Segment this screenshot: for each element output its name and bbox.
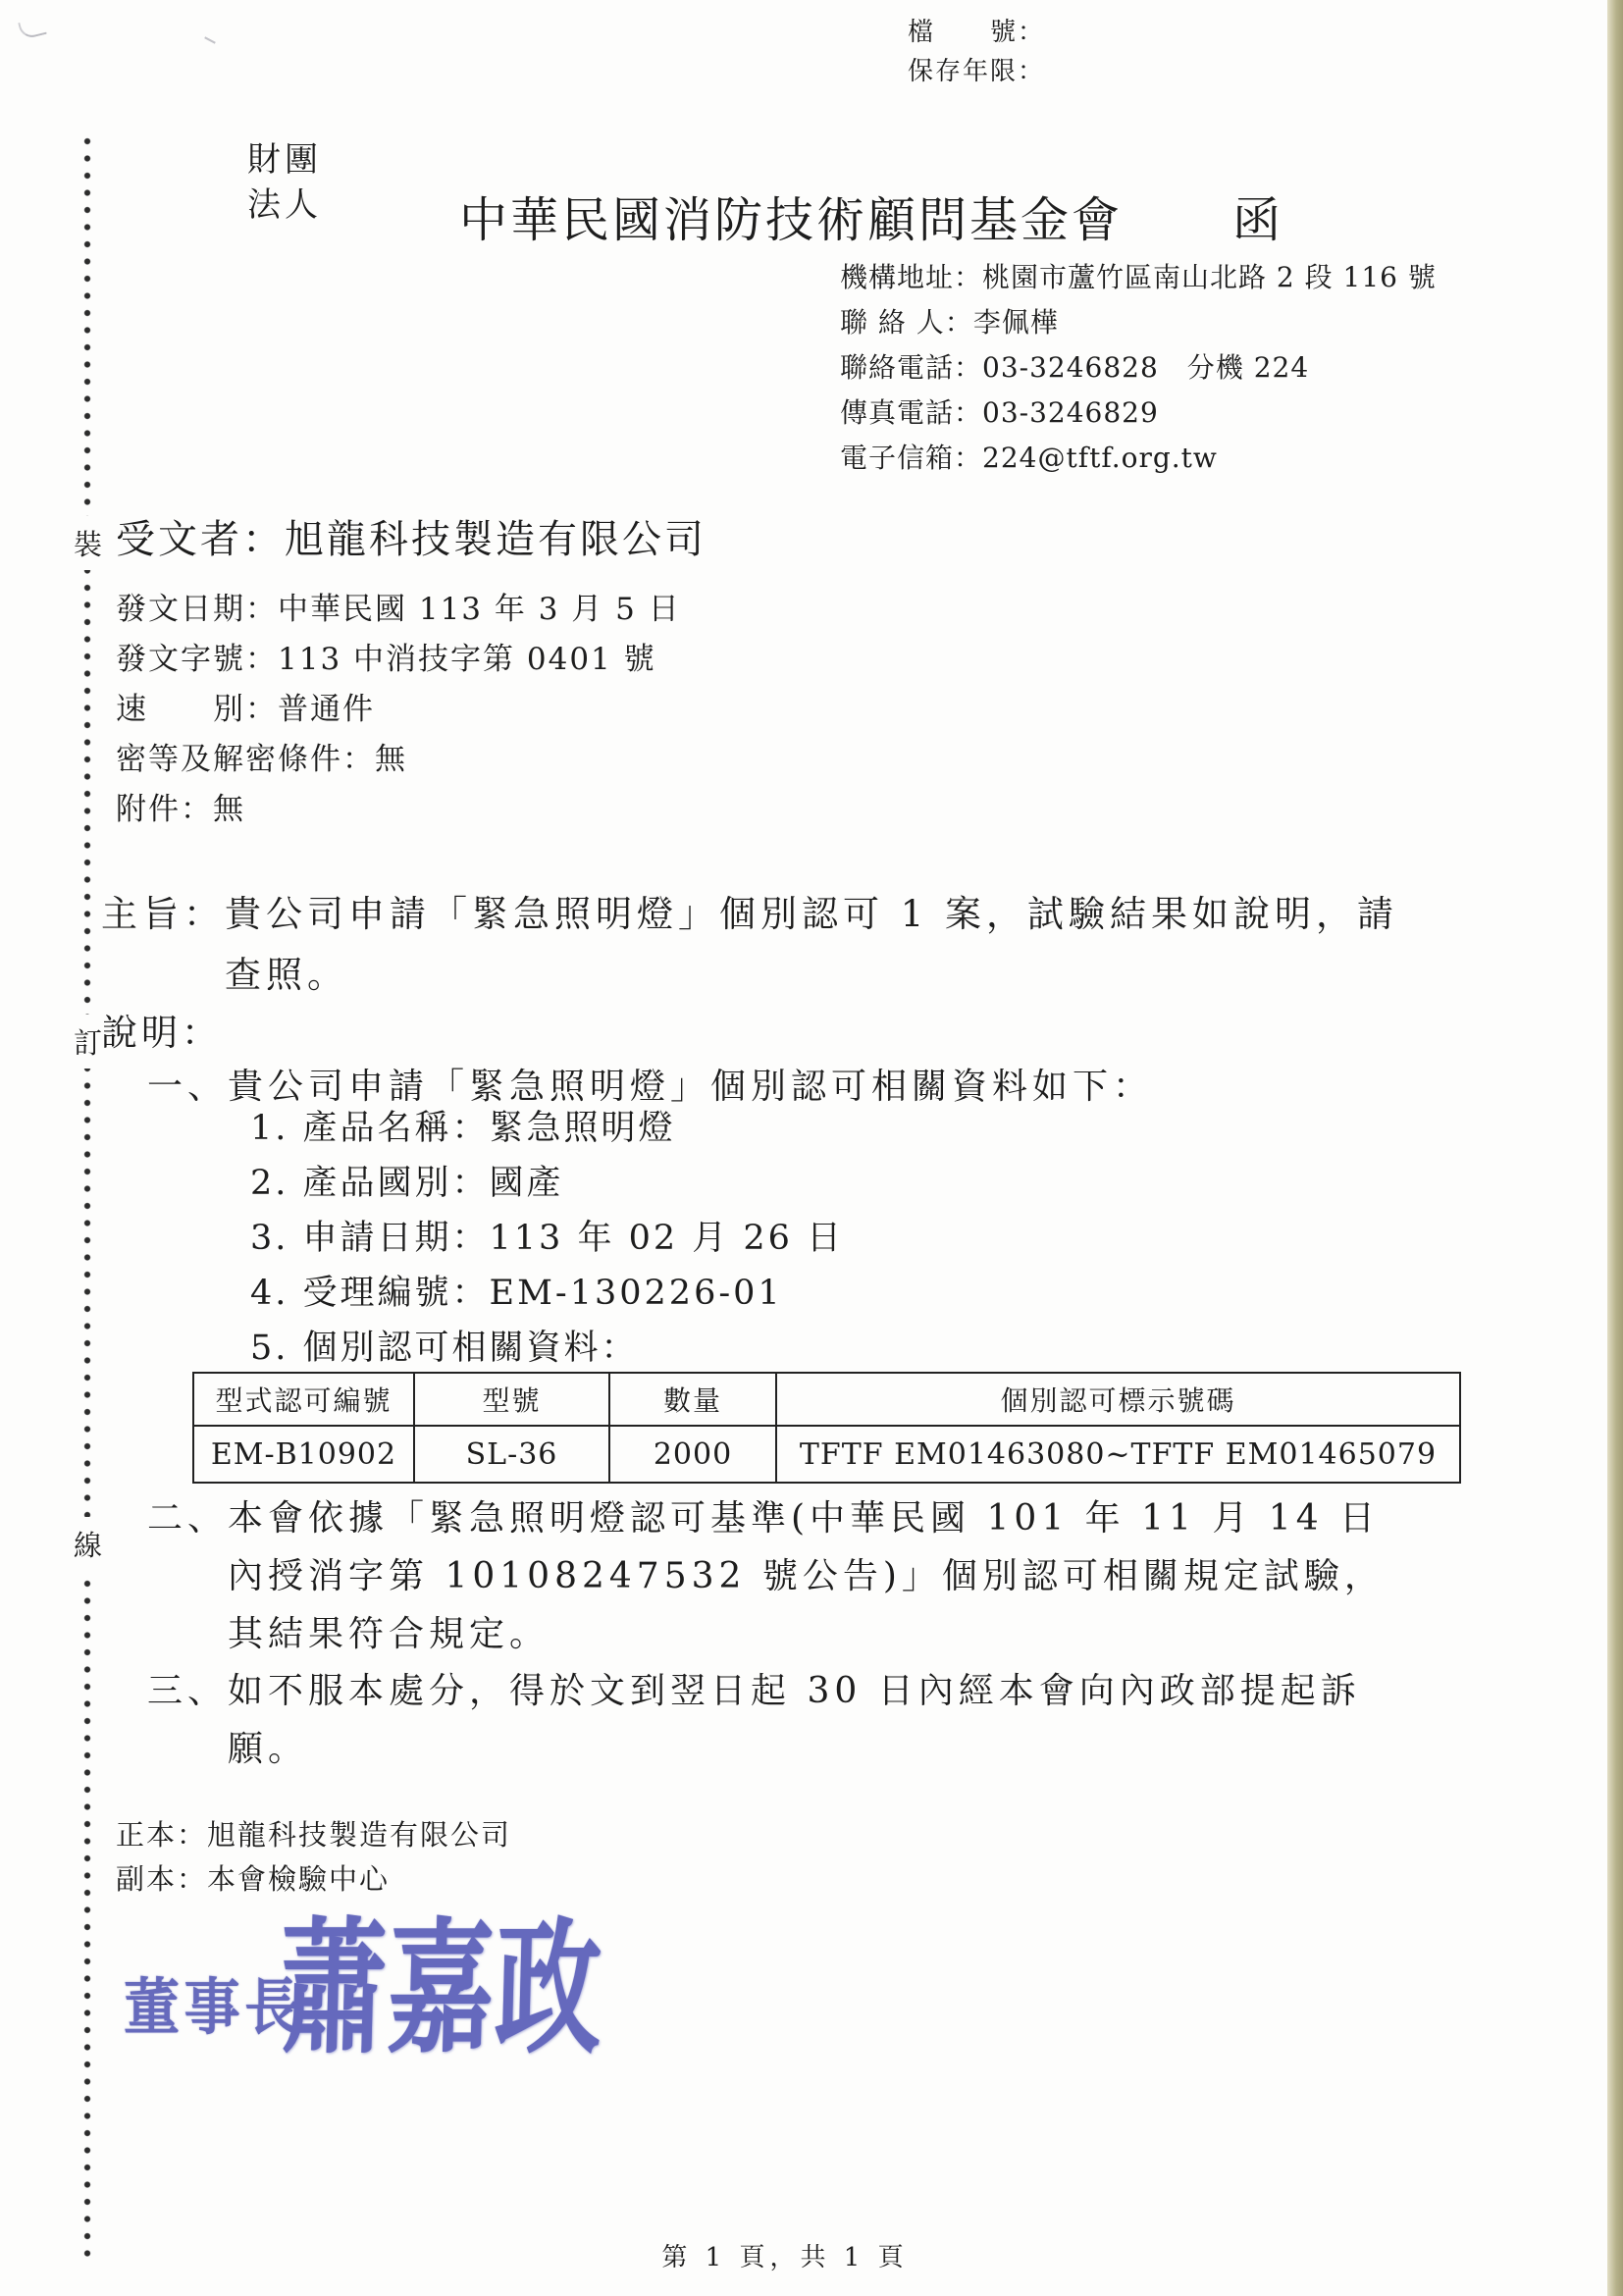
issue-number-label: 發文字號： xyxy=(116,642,278,677)
contact-address-row: 機構地址：桃園市蘆竹區南山北路 2 段 116 號 xyxy=(840,255,1437,300)
speed-class-label: 速 別： xyxy=(116,692,278,727)
recipient-label: 受文者： xyxy=(116,517,285,562)
contact-email-row: 電子信箱：224@tftf.org.tw xyxy=(840,436,1437,481)
col-type-approval-no: 型式認可編號 xyxy=(193,1373,414,1426)
table-header-row: 型式認可編號 型號 數量 個別認可標示號碼 xyxy=(193,1373,1460,1426)
issue-number-value: 113 中消技字第 0401 號 xyxy=(278,642,656,677)
issuance-meta-block: 發文日期：中華民國 113 年 3 月 5 日 發文字號：113 中消技字第 0… xyxy=(116,585,681,835)
recipient-line: 受文者：旭龍科技製造有限公司 xyxy=(116,508,707,564)
contact-fax-label: 傳真電話： xyxy=(840,391,982,436)
chairman-name-stamp: 蕭嘉政 xyxy=(278,1902,604,2076)
original-copy-row: 正本：旭龍科技製造有限公司 xyxy=(116,1813,511,1857)
cell-type-approval-no: EM-B10902 xyxy=(193,1426,414,1483)
contact-person-label: 聯 絡 人： xyxy=(840,300,973,345)
speed-class-value: 普通件 xyxy=(278,692,375,727)
issue-date-label: 發文日期： xyxy=(116,592,278,627)
org-type-line1: 財團 xyxy=(247,137,322,183)
subject-section: 主旨： 貴公司申請「緊急照明燈」個別認可 1 案，試驗結果如說明，請查照。 xyxy=(101,884,1402,1006)
cell-label-number: TFTF EM01463080~TFTF EM01465079 xyxy=(776,1426,1460,1483)
detail-application-date: 3. 申請日期：113 年 02 月 26 日 xyxy=(250,1211,844,1266)
explanation-item-3: 三、 如不服本處分，得於文到翌日起 30 日內經本會向內政部提起訴願。 xyxy=(147,1662,1405,1778)
attachment-row: 附件：無 xyxy=(116,785,681,835)
page-number-footer: 第 1 頁，共 1 頁 xyxy=(0,2237,1570,2273)
attachment-label: 附件： xyxy=(116,792,213,827)
issue-date-row: 發文日期：中華民國 113 年 3 月 5 日 xyxy=(116,585,681,635)
pencil-mark xyxy=(204,36,216,43)
contact-phone-row: 聯絡電話：03-3246828 分機 224 xyxy=(840,345,1437,391)
subject-text: 貴公司申請「緊急照明燈」個別認可 1 案，試驗結果如說明，請查照。 xyxy=(225,884,1402,1006)
explanation-item-2: 二、 本會依據「緊急照明燈認可基準(中華民國 101 年 11 月 14 日內授… xyxy=(147,1489,1405,1663)
binding-char-zhuang: 裝 xyxy=(72,516,104,570)
issue-date-value: 中華民國 113 年 3 月 5 日 xyxy=(278,592,681,627)
subject-label: 主旨： xyxy=(101,884,225,1006)
contact-info-block: 機構地址：桃園市蘆竹區南山北路 2 段 116 號 聯 絡 人：李佩樺 聯絡電話… xyxy=(840,255,1437,481)
table-row: EM-B10902 SL-36 2000 TFTF EM01463080~TFT… xyxy=(193,1426,1460,1483)
contact-email-value: 224@tftf.org.tw xyxy=(982,442,1218,474)
col-model: 型號 xyxy=(414,1373,609,1426)
pencil-mark xyxy=(18,17,47,40)
item-3-marker: 三、 xyxy=(147,1662,228,1778)
item-2-marker: 二、 xyxy=(147,1489,228,1663)
col-quantity: 數量 xyxy=(609,1373,776,1426)
speed-class-row: 速 別：普通件 xyxy=(116,685,681,735)
security-class-row: 密等及解密條件：無 xyxy=(116,735,681,785)
detail-product-name: 1. 產品名稱：緊急照明燈 xyxy=(250,1101,844,1156)
issue-number-row: 發文字號：113 中消技字第 0401 號 xyxy=(116,635,681,685)
contact-phone-label: 聯絡電話： xyxy=(840,345,982,391)
contact-fax-row: 傳真電話：03-3246829 xyxy=(840,391,1437,436)
explanation-heading: 說明： xyxy=(101,1003,222,1056)
item-3-text: 如不服本處分，得於文到翌日起 30 日內經本會向內政部提起訴願。 xyxy=(228,1662,1405,1778)
recipient-value: 旭龍科技製造有限公司 xyxy=(285,517,707,562)
cc-copy-row: 副本：本會檢驗中心 xyxy=(116,1857,511,1902)
item-2-text: 本會依據「緊急照明燈認可基準(中華民國 101 年 11 月 14 日內授消字第… xyxy=(228,1489,1405,1663)
cc-copy-label: 副本： xyxy=(116,1862,207,1896)
original-copy-label: 正本： xyxy=(116,1818,207,1852)
item-1-marker: 一、 xyxy=(147,1058,228,1116)
detail-case-number: 4. 受理編號：EM-130226-01 xyxy=(250,1266,844,1321)
binding-char-xian: 線 xyxy=(72,1517,104,1571)
cell-quantity: 2000 xyxy=(609,1426,776,1483)
contact-fax-value: 03-3246829 xyxy=(982,396,1159,429)
binding-char-ding: 訂 xyxy=(72,1015,104,1069)
detail-approval-info: 5. 個別認可相關資料： xyxy=(250,1321,844,1376)
cc-copy-value: 本會檢驗中心 xyxy=(207,1862,390,1896)
retention-period-label: 保存年限： xyxy=(908,51,1045,87)
document-type-letter: 函 xyxy=(1232,183,1281,251)
chairman-title-stamp: 董事長 xyxy=(124,1958,305,2046)
contact-person-value: 李佩樺 xyxy=(973,306,1059,339)
approval-table: 型式認可編號 型號 數量 個別認可標示號碼 EM-B10902 SL-36 20… xyxy=(192,1372,1461,1484)
col-label-number: 個別認可標示號碼 xyxy=(776,1373,1460,1426)
org-type-prefix: 財團 法人 xyxy=(247,137,322,228)
contact-person-row: 聯 絡 人：李佩樺 xyxy=(840,300,1437,345)
contact-phone-value: 03-3246828 分機 224 xyxy=(982,351,1309,384)
original-copy-value: 旭龍科技製造有限公司 xyxy=(207,1818,511,1852)
contact-email-label: 電子信箱： xyxy=(840,436,982,481)
official-letter-page: 檔 號： 保存年限： 財團 法人 中華民國消防技術顧問基金會 函 機構地址：桃園… xyxy=(0,0,1623,2296)
contact-address-value: 桃園市蘆竹區南山北路 2 段 116 號 xyxy=(982,261,1437,293)
scan-edge-strip xyxy=(1607,0,1623,2296)
org-type-line2: 法人 xyxy=(247,183,322,228)
security-class-label: 密等及解密條件： xyxy=(116,742,375,777)
copies-block: 正本：旭龍科技製造有限公司 副本：本會檢驗中心 xyxy=(116,1813,511,1902)
attachment-value: 無 xyxy=(213,792,245,827)
file-number-label: 檔 號： xyxy=(908,12,1045,48)
application-detail-list: 1. 產品名稱：緊急照明燈 2. 產品國別：國產 3. 申請日期：113 年 0… xyxy=(250,1101,844,1376)
security-class-value: 無 xyxy=(375,742,407,777)
contact-address-label: 機構地址： xyxy=(840,255,982,300)
binding-dotted-line xyxy=(82,133,92,2261)
cell-model: SL-36 xyxy=(414,1426,609,1483)
organization-name-title: 中華民國消防技術顧問基金會 xyxy=(459,183,1123,251)
detail-product-origin: 2. 產品國別：國產 xyxy=(250,1156,844,1211)
